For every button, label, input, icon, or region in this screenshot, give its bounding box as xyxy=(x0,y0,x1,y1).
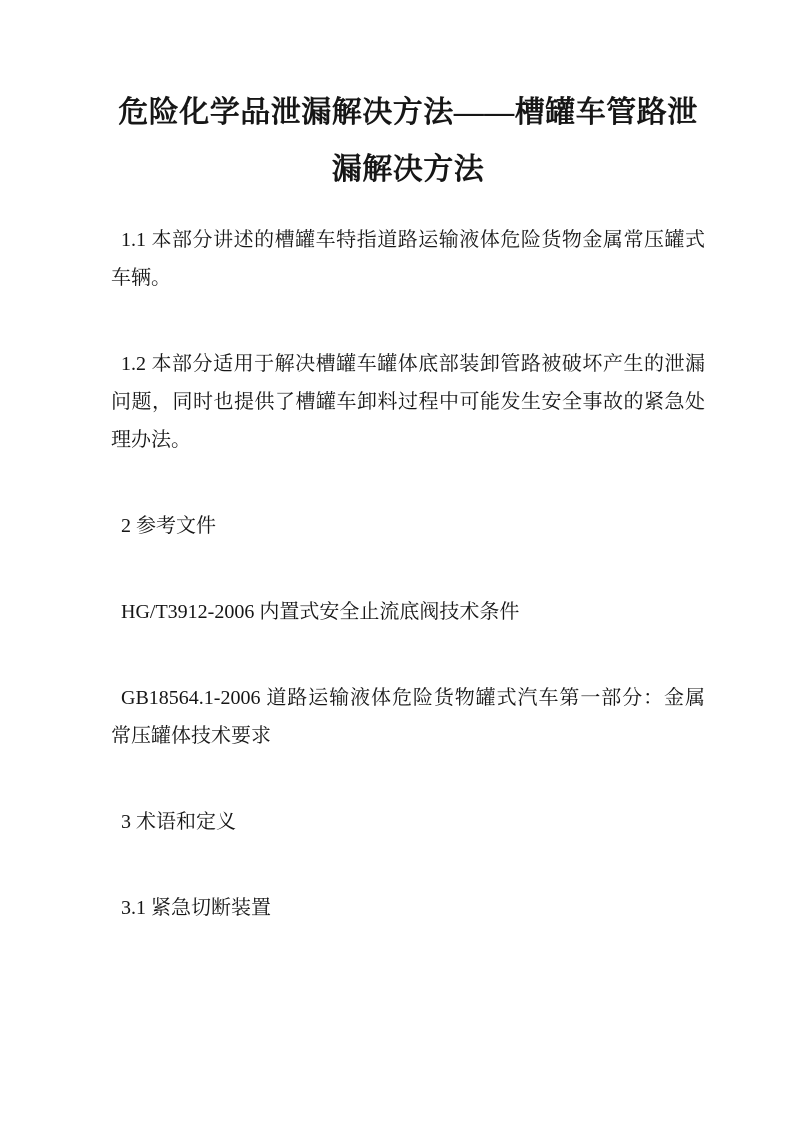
page-title: 危险化学品泄漏解决方法——槽罐车管路泄漏解决方法 xyxy=(111,84,705,198)
reference-hgt-line: HG/T3912-2006 内置式安全止流底阀技术条件 xyxy=(111,593,705,631)
paragraph-clause-3-1: 3.1 紧急切断装置 xyxy=(111,889,705,927)
section-heading-3: 3 术语和定义 xyxy=(111,803,705,841)
section-heading-2: 2 参考文件 xyxy=(111,507,705,545)
paragraph-clause-1-2: 1.2 本部分适用于解决槽罐车罐体底部装卸管路被破坏产生的泄漏问题，同时也提供了… xyxy=(111,345,705,459)
document-page: 危险化学品泄漏解决方法——槽罐车管路泄漏解决方法 1.1 本部分讲述的槽罐车特指… xyxy=(0,0,793,1122)
paragraph-clause-1-1: 1.1 本部分讲述的槽罐车特指道路运输液体危险货物金属常压罐式车辆。 xyxy=(111,221,705,297)
document-content: 危险化学品泄漏解决方法——槽罐车管路泄漏解决方法 1.1 本部分讲述的槽罐车特指… xyxy=(111,84,705,927)
reference-gb-line: GB18564.1-2006 道路运输液体危险货物罐式汽车第一部分：金属常压罐体… xyxy=(111,679,705,755)
